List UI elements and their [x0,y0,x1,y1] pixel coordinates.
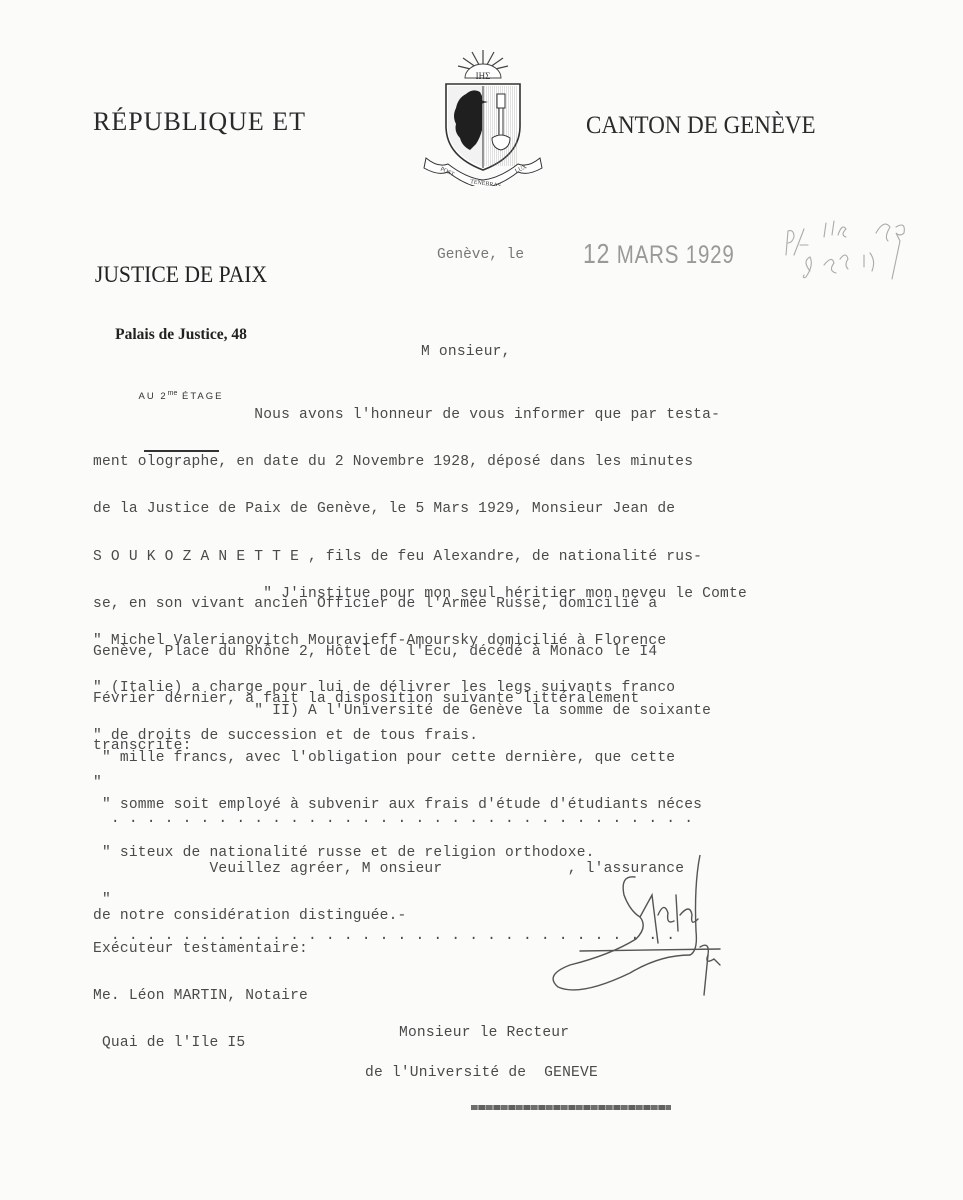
svg-text:IHΣ: IHΣ [476,71,491,81]
letter-page: RÉPUBLIQUE ET IHΣ POST TENEBRAS [0,0,963,1200]
office-title: JUSTICE DE PAIX [73,262,289,288]
salutation: M onsieur, [421,345,511,361]
letterhead-canton: CANTON DE GENÈVE [586,112,816,140]
recipient-underline [471,1105,671,1110]
handwritten-annotation-icon [780,215,930,285]
date-place: Genève, le [437,247,524,263]
letterhead-republique: RÉPUBLIQUE ET [93,107,306,137]
handwritten-signature-icon [540,855,750,1005]
recipient-institution: de l'Université de GENEVE [365,1066,598,1082]
recipient-title: Monsieur le Recteur [399,1026,569,1042]
office-address: Palais de Justice, 48 [66,326,296,344]
date-stamp: 12 MARS 1929 [583,238,735,270]
executor-block: Exécuteur testamentaire: Me. Léon MARTIN… [93,910,308,1084]
geneva-coat-of-arms-icon: IHΣ POST TENEBRAS LUX [418,46,548,186]
